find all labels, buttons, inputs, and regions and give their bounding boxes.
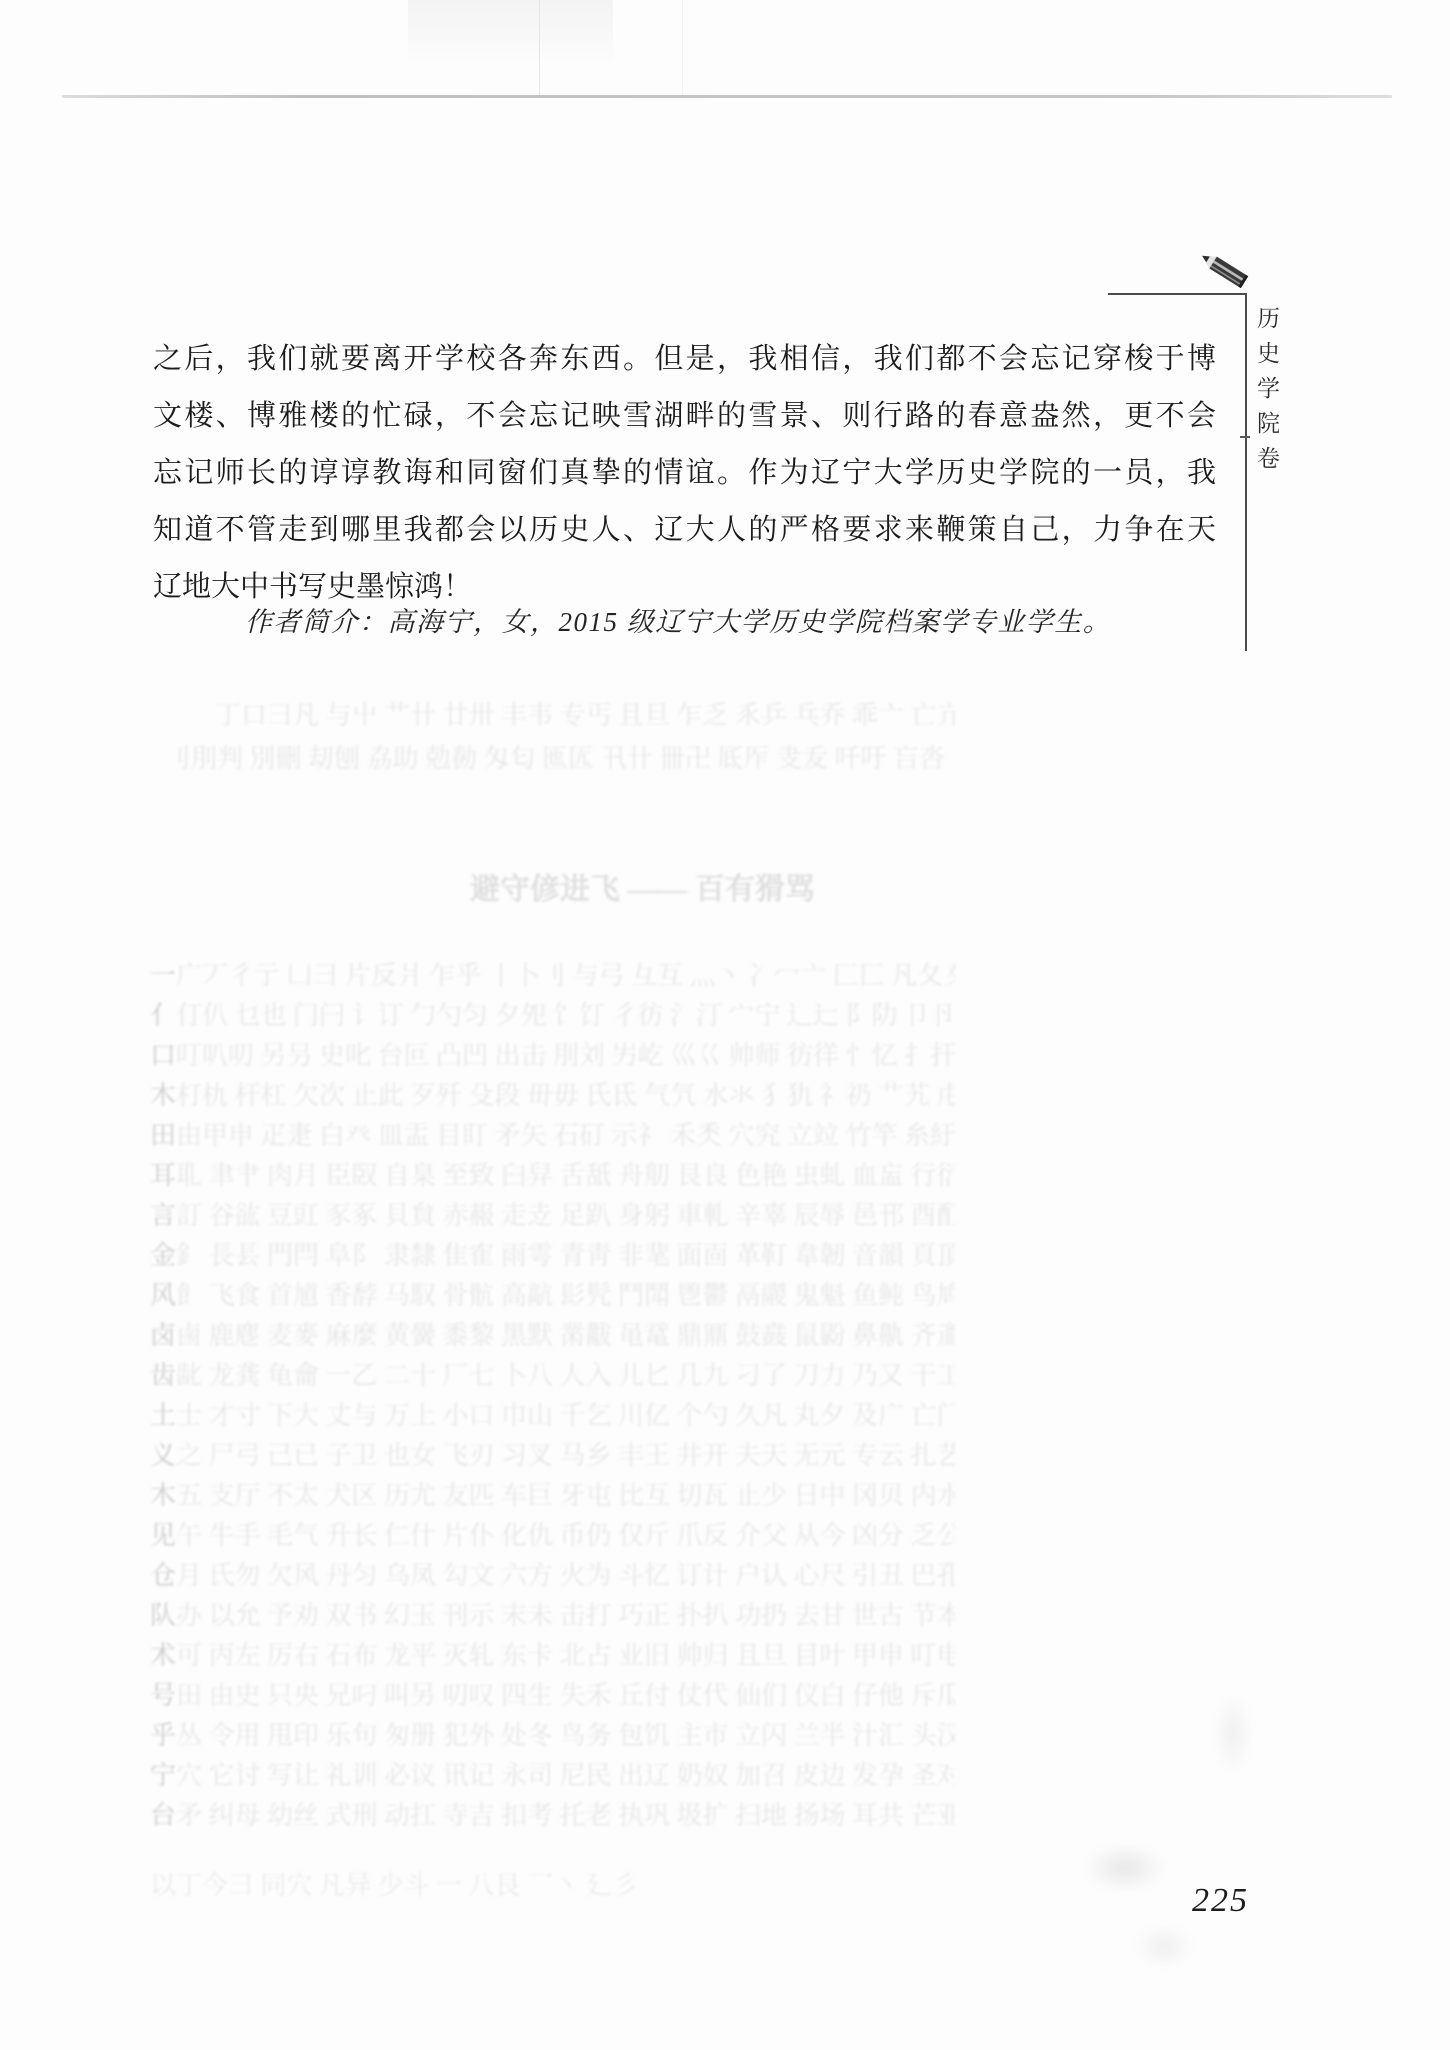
scan-line-artifact [539, 0, 540, 96]
bleedthrough-line: 土士 才寸 下大 丈与 万上 小口 巾山 千乞 川亿 个勺 久凡 丸夕 及广 亡… [150, 1396, 955, 1436]
bleedthrough-line: 木五 支厅 不太 犬区 历尤 友匹 车巨 牙屯 比互 切瓦 止少 日中 冈贝 内… [150, 1476, 955, 1516]
bleedthrough-line: 耳耴 聿肀 肉月 臣臤 自臬 至致 臼舁 舌舐 舟舠 艮良 色艳 虫虬 血衁 行… [150, 1156, 955, 1196]
bleedthrough-line: 金釒 長镸 門閂 阜阝 隶隸 隹隺 雨雩 青靑 非靟 面靣 革靪 韋韌 音韻 頁… [150, 1236, 955, 1276]
bleedthrough-heading: 避守偐进飞 —— 百有猾骂 [470, 864, 890, 908]
scan-shade [408, 0, 613, 62]
bleedthrough-line: 术可 丙左 厉右 石布 龙平 灭轧 东卡 北占 业旧 帅归 且旦 目叶 甲申 叮… [150, 1636, 955, 1676]
scan-smudge [1212, 1692, 1254, 1776]
paragraph-line: 文楼、博雅楼的忙碌，不会忘记映雪湖畔的雪景、则行路的春意盎然，更不会 [153, 388, 1216, 445]
bleedthrough-line: 台矛 纠母 幼丝 式刑 动扛 寺吉 扣考 托老 执巩 圾扩 扫地 扬场 耳共 芒… [150, 1796, 955, 1836]
main-paragraph: 之后，我们就要离开学校各奔东西。但是，我相信，我们都不会忘记穿梭于博 文楼、博雅… [153, 331, 1216, 616]
scan-smudge [1132, 1922, 1196, 1970]
bleedthrough-line: 见午 牛手 毛气 升长 仁什 片仆 化仇 币仍 仅斤 爪反 介父 从今 凶分 乏… [150, 1516, 955, 1556]
tab-tick-mark [1240, 436, 1250, 438]
pencil-icon [1195, 250, 1253, 294]
bleedthrough-line: 风飠 飞食 首馗 香馞 马馭 骨骯 高髚 髟髠 鬥鬦 鬯鬱 鬲鬷 鬼魁 鱼鲀 鸟… [150, 1276, 955, 1316]
bleedthrough-band: 丁口彐凡 与屮 艹卄 廿卅 丰韦 专丐 且旦 乍乏 乑乒 乓乔 乖亠 亡亢 交亥… [165, 694, 955, 780]
tab-top-border [1108, 293, 1247, 295]
bleedthrough-line: 仓月 氏勿 欠风 丹匀 乌凤 勾文 六方 火为 斗忆 订计 户认 心尺 引丑 巴… [150, 1556, 955, 1596]
scanned-book-page: 历史学院卷 之后，我们就要离开学校各奔东西。但是，我相信，我们都不会忘记穿梭于博… [0, 0, 1450, 2050]
bleedthrough-line: 田由甲申 疋疌 白癶 皿盂 目盯 矛矢 石矴 示礻 禾秂 穴究 立竝 竹竿 糸紆 [150, 1116, 955, 1156]
bleedthrough-line: 刂刖判 別刪 刧刨 劦助 勊勌 匁匂 匜匟 卂卄 卌卍 厎厏 叏叐 吀吁 吂呇 [165, 737, 955, 780]
bleedthrough-line: 口叮叭叨 另叧 史叱 台叵 凸凹 出击 刖刘 屴屹 巛巜 帅师 彷徉 忄忆 扌扞 [150, 1036, 955, 1076]
sidebar-volume-label: 历史学院卷 [1251, 306, 1281, 481]
bleedthrough-line: 卤鹵 鹿麀 麦麥 麻麼 黄黌 黍黎 黑默 黹黻 黾鼋 鼎鼏 鼓鼖 鼠鼢 鼻鼽 齐… [150, 1316, 955, 1356]
tab-side-border [1245, 293, 1247, 651]
bleedthrough-line: 木朾朹 杆杠 欠次 止此 歹歼 殳段 毌毋 氏氐 气氕 水氺 犭犰 礻礽 艹艽 … [150, 1076, 955, 1116]
author-note: 作者简介：高海宁，女，2015 级辽宁大学历史学院档案学专业学生。 [245, 604, 1165, 640]
paragraph-line: 知道不管走到哪里我都会以历史人、辽大人的严格要求来鞭策自己，力争在天 [153, 502, 1216, 559]
bleedthrough-line: 号田 由史 只央 兄叼 叫另 叨叹 四生 失禾 丘付 仗代 仙们 仪白 仔他 斥… [150, 1676, 955, 1716]
bleedthrough-tail: 以丁今彐 同穴 凡异 少斗 一 八艮 乛丶 廴彡 [150, 1866, 650, 1906]
bleedthrough-line: 义之 尸弓 己已 子卫 也女 飞刃 习叉 马乡 丰王 井开 夫天 无元 专云 扎… [150, 1436, 955, 1476]
paragraph-line: 之后，我们就要离开学校各奔东西。但是，我相信，我们都不会忘记穿梭于博 [153, 331, 1216, 388]
scan-smudge [1082, 1842, 1168, 1894]
paragraph-line: 忘记师长的谆谆教诲和同窗们真挚的情谊。作为辽宁大学历史学院的一员，我 [153, 445, 1216, 502]
bleedthrough-line: 队办 以允 予劝 双书 幻玉 刊示 末未 击打 巧正 扑扒 功扔 去甘 世古 节… [150, 1596, 955, 1636]
bleedthrough-line: 乎丛 令用 甩印 乐句 匆册 犯外 处冬 鸟务 包饥 主市 立闪 兰半 汁汇 头… [150, 1716, 955, 1756]
bleedthrough-line: 亻仃仈 乜也 门闩 讠订 勹勺匀 夕夗 饣饤 彳彷 氵汀 宀宁 辶辷 阝阞 卩卪 [150, 996, 955, 1036]
bleedthrough-line: 宁穴 它讨 写让 礼训 必议 讯记 永司 尼民 出辽 奶奴 加召 皮边 发孕 圣… [150, 1756, 955, 1796]
bleedthrough-line: 一广丆彳亍 凵彐 片反爿 乍乎 丨卜刂 与弓 彑互 灬丶 冫冖亠 匚匸 凡夂夊 [150, 956, 955, 996]
bleedthrough-block: 一广丆彳亍 凵彐 片反爿 乍乎 丨卜刂 与弓 彑互 灬丶 冫冖亠 匚匸 凡夂夊亻… [150, 956, 955, 1836]
bleedthrough-line: 齿龀 龙龚 龟龠 一乙 二十 厂七 卜八 人入 儿匕 几九 刁了 刀力 乃又 干… [150, 1356, 955, 1396]
top-rule [62, 95, 1392, 98]
scan-line-artifact [682, 0, 683, 96]
bleedthrough-line: 丁口彐凡 与屮 艹卄 廿卅 丰韦 专丐 且旦 乍乏 乑乒 乓乔 乖亠 亡亢 交亥 [165, 694, 955, 737]
bleedthrough-line: 言訂 谷谹 豆豇 豕豖 貝貟 赤赧 走赱 足趴 身躬 車軋 辛辜 辰辱 邑邗 酉… [150, 1196, 955, 1236]
page-number: 225 [1192, 1882, 1249, 1920]
